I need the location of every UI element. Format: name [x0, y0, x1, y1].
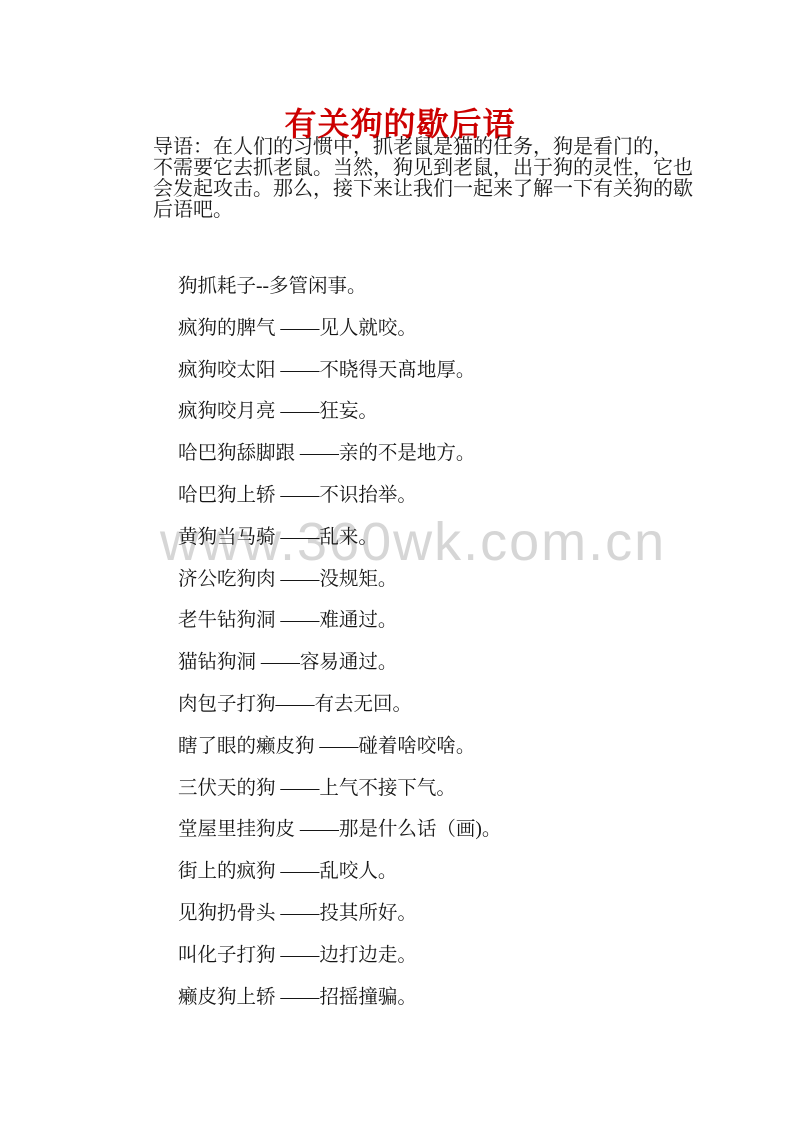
list-item: 黄狗当马骑 ——乱来。 [178, 517, 738, 559]
list-item: 猫钻狗洞 ——容易通过。 [178, 642, 738, 684]
list-item: 疯狗咬太阳 ——不晓得天髙地厚。 [178, 350, 738, 392]
list-item: 疯狗咬月亮 ——狂妄。 [178, 391, 738, 433]
list-item: 癞皮狗上轿 ——招摇撞骗。 [178, 977, 738, 1019]
list-item: 叫化子打狗 ——边打边走。 [178, 935, 738, 977]
list-item: 堂屋里挂狗皮 ——那是什么话（画)。 [178, 809, 738, 851]
intro-paragraph: 导语：在人们的习惯中，抓老鼠是猫的任务，狗是看门的，不需要它去抓老鼠。当然，狗见… [113, 137, 693, 221]
list-item: 哈巴狗舔脚跟 ——亲的不是地方。 [178, 433, 738, 475]
list-item: 见狗扔骨头 ——投其所好。 [178, 893, 738, 935]
saying-list: 狗抓耗子--多管闲事。疯狗的脾气 ——见人就咬。疯狗咬太阳 ——不晓得天髙地厚。… [178, 266, 738, 1018]
list-item: 三伏天的狗 ——上气不接下气。 [178, 768, 738, 810]
list-item: 狗抓耗子--多管闲事。 [178, 266, 738, 308]
list-item: 济公吃狗肉 ——没规矩。 [178, 559, 738, 601]
list-item: 老牛钻狗洞 ——难通过。 [178, 600, 738, 642]
intro-line: 导语：在人们的习惯中，抓老鼠是猫的任务，狗是看门的，不需要它去抓老鼠。当然，狗见… [113, 137, 693, 221]
list-item: 瞎了眼的癞皮狗 ——碰着啥咬啥。 [178, 726, 738, 768]
document-page: 有关狗的歇后语 导语：在人们的习惯中，抓老鼠是猫的任务，狗是看门的，不需要它去抓… [0, 0, 800, 1132]
list-item: 疯狗的脾气 ——见人就咬。 [178, 308, 738, 350]
list-item: 街上的疯狗 ——乱咬人。 [178, 851, 738, 893]
list-item: 哈巴狗上轿 ——不识抬举。 [178, 475, 738, 517]
list-item: 肉包子打狗——有去无回。 [178, 684, 738, 726]
